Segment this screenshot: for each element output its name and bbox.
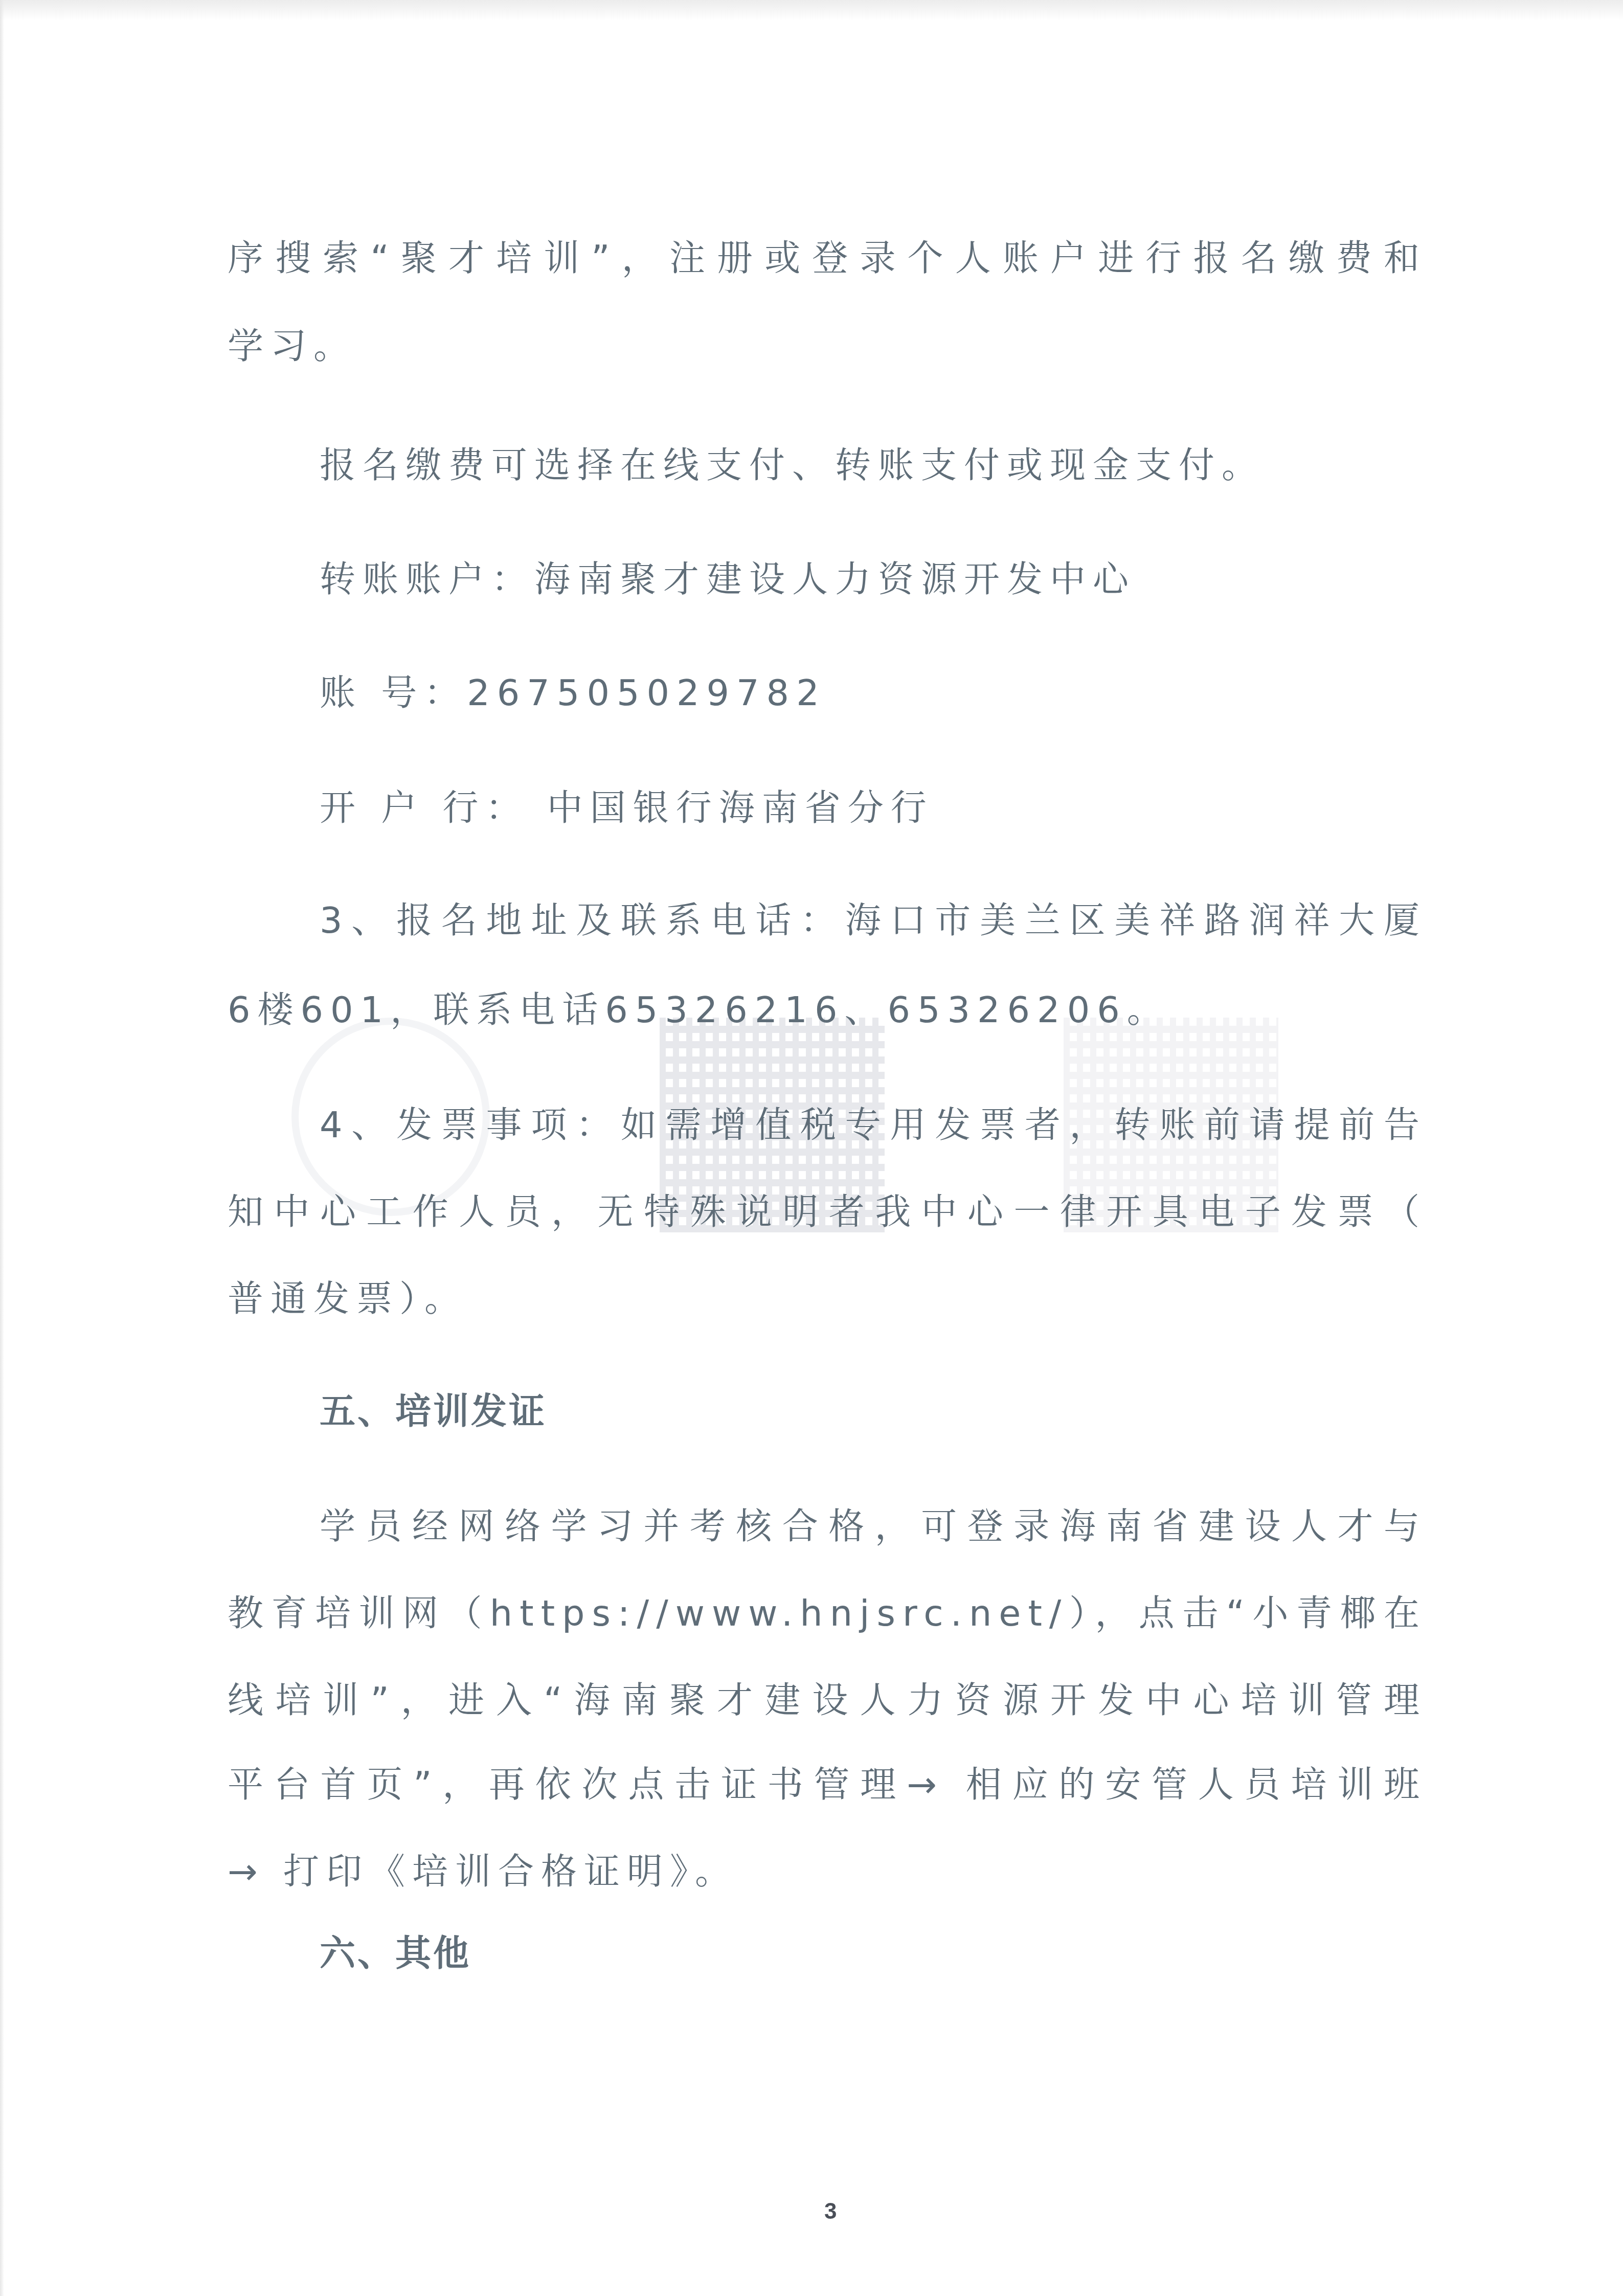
- section-heading: 五、培训发证: [320, 1388, 1427, 1434]
- page-number: 3: [824, 2199, 837, 2224]
- text-line: 普通发票）。: [228, 1276, 1427, 1322]
- website-line: 教育培训网（https://www.hnjsrc.net/），点击“小青椰在: [228, 1590, 1427, 1636]
- contact-line: 6楼601，联系电话65326216、65326206。: [228, 987, 1427, 1033]
- scan-left-edge: [0, 0, 4, 2296]
- text-line: 报名缴费可选择在线支付、转账支付或现金支付。: [320, 442, 1427, 488]
- text-line: 学员经网络学习并考核合格，可登录海南省建设人才与: [320, 1503, 1427, 1549]
- scanned-document-page: 序搜索“聚才培训”，注册或登录个人账户进行报名缴费和 学习。 报名缴费可选择在线…: [0, 0, 1623, 2296]
- text-line: 平台首页”，再依次点击证书管理→ 相应的安管人员培训班: [228, 1762, 1427, 1808]
- bank-line: 开 户 行： 中国银行海南省分行: [320, 785, 1427, 831]
- text-line: 学习。: [228, 323, 1427, 369]
- account-name-line: 转账账户：海南聚才建设人力资源开发中心: [320, 556, 1427, 602]
- account-number-line: 账 号：267505029782: [320, 670, 1427, 716]
- text-line: 知中心工作人员，无特殊说明者我中心一律开具电子发票（: [228, 1189, 1427, 1235]
- scan-top-edge: [0, 0, 1623, 20]
- text-line: 3、报名地址及联系电话：海口市美兰区美祥路润祥大厦: [320, 897, 1427, 943]
- text-line: → 打印《培训合格证明》。: [228, 1849, 1427, 1895]
- text-line: 序搜索“聚才培训”，注册或登录个人账户进行报名缴费和: [228, 235, 1427, 281]
- text-line: 4、发票事项：如需增值税专用发票者，转账前请提前告: [320, 1102, 1427, 1148]
- text-line: 线培训”，进入“海南聚才建设人力资源开发中心培训管理: [228, 1677, 1427, 1723]
- section-heading: 六、其他: [320, 1930, 1427, 1976]
